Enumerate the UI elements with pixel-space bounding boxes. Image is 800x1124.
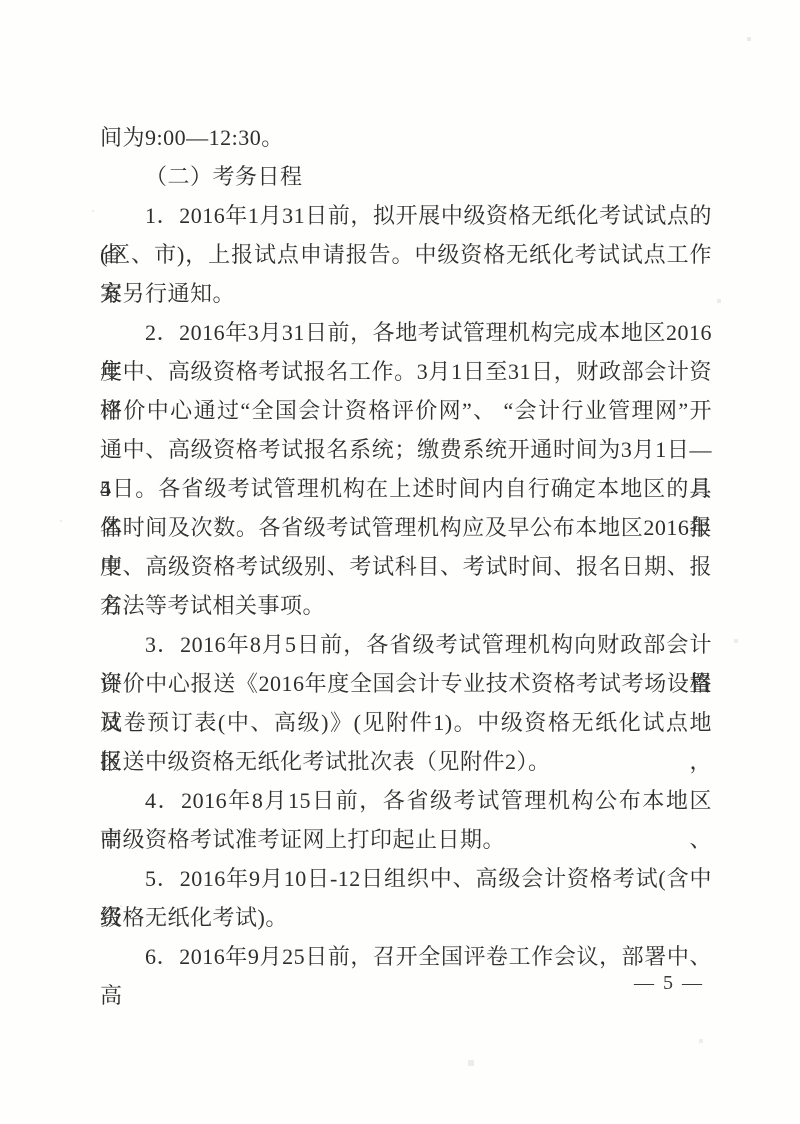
text-line: 3．2016年8月5日前，各省级考试管理机构向财政部会计资格: [100, 625, 712, 664]
text-line: 1．2016年1月31日前，拟开展中级资格无纸化考试试点的省: [100, 196, 712, 235]
text-line: 间为9:00—12:30。: [100, 118, 712, 157]
text-line: 6．2016年9月25日前，召开全国评卷工作会议，部署中、高: [100, 937, 712, 976]
text-line: 名时间及次数。各省级考试管理机构应及早公布本地区2016年度: [100, 508, 712, 547]
text-line: 评价中心报送《2016年度全国会计专业技术资格考试考场设置及: [100, 664, 712, 703]
text-line: 2．2016年3月31日前，各地考试管理机构完成本地区2016年: [100, 313, 712, 352]
text-line: 5日。各省级考试管理机构在上述时间内自行确定本地区的具体报: [100, 469, 712, 508]
text-line: 方法等考试相关事项。: [100, 586, 712, 625]
text-line: 中、高级资格考试级别、考试科目、考试时间、报名日期、报名: [100, 547, 712, 586]
text-line: 试卷预订表(中、高级)》(见附件1)。中级资格无纸化试点地区，: [100, 703, 712, 742]
text-line: 案另行通知。: [100, 274, 712, 313]
text-line: 度中、高级资格考试报名工作。3月1日至31日，财政部会计资格: [100, 352, 712, 391]
text-line: (区、市)，上报试点申请报告。中级资格无纸化考试试点工作方: [100, 235, 712, 274]
text-line: 通中、高级资格考试报名系统；缴费系统开通时间为3月1日—4月: [100, 430, 712, 469]
text-line: 资格无纸化考试)。: [100, 898, 712, 937]
page-number: — 5 —: [634, 968, 744, 998]
scan-noise: [0, 0, 2, 2]
section-heading: （二）考务日程: [100, 157, 712, 196]
text-line: 评价中心通过“全国会计资格评价网”、 “会计行业管理网”开: [100, 391, 712, 430]
document-body: 间为9:00—12:30。（二）考务日程1．2016年1月31日前，拟开展中级资…: [100, 118, 712, 976]
text-line: 4．2016年8月15日前，各省级考试管理机构公布本地区中、: [100, 781, 712, 820]
scanned-document-page: 间为9:00—12:30。（二）考务日程1．2016年1月31日前，拟开展中级资…: [0, 0, 800, 1124]
text-line: 5．2016年9月10日-12日组织中、高级会计资格考试(含中级: [100, 859, 712, 898]
